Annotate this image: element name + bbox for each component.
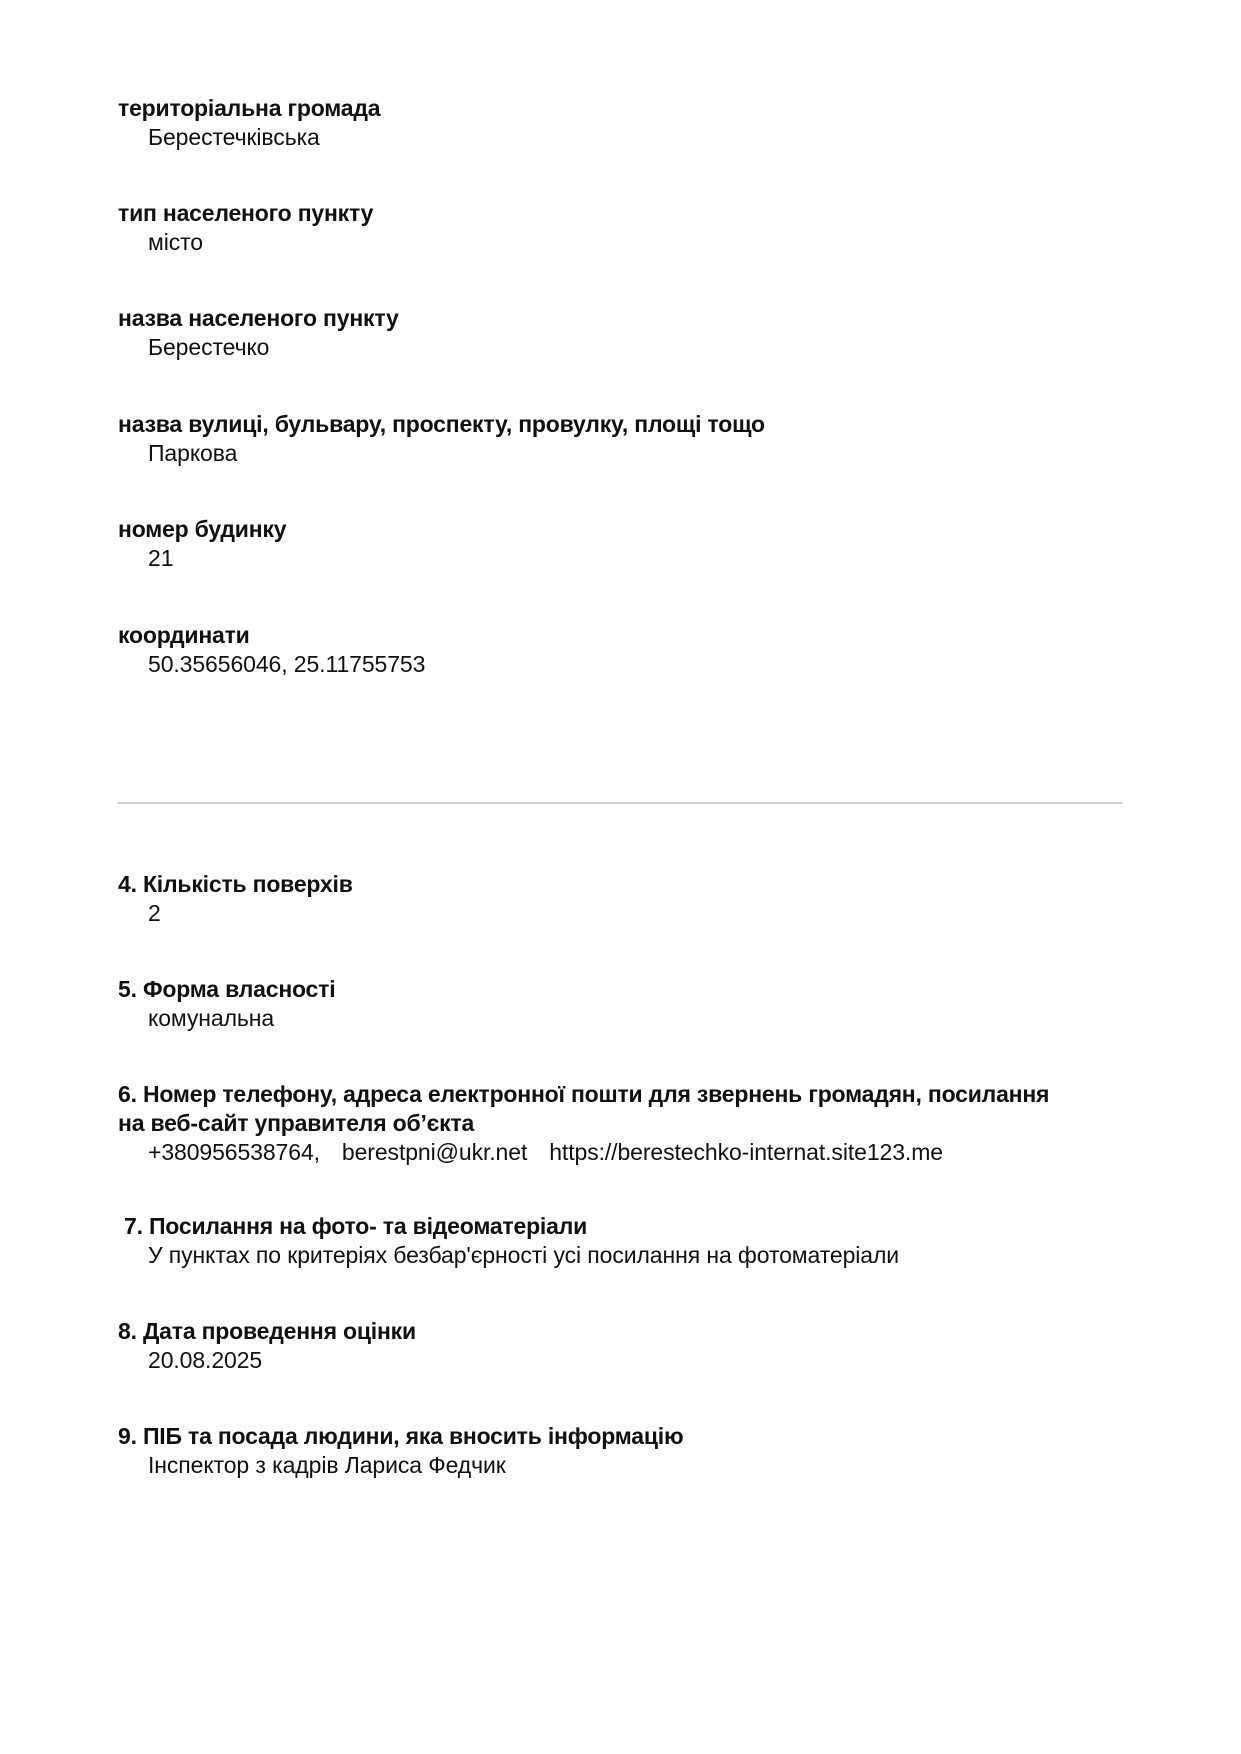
field-value: Паркова: [118, 439, 1128, 468]
field-label: номер будинку: [118, 515, 1128, 544]
field-value: Берестечківська: [118, 123, 1128, 152]
section-label: 5. Форма власності: [118, 975, 1128, 1004]
section-assessment-date: 8. Дата проведення оцінки 20.08.2025: [118, 1317, 1128, 1375]
field-label: координати: [118, 621, 1128, 650]
field-settlement-name: назва населеного пункту Берестечко: [118, 304, 1128, 362]
document-page: територіальна громада Берестечківська ти…: [0, 0, 1241, 1754]
field-coordinates: координати 50.35656046, 25.11755753: [118, 621, 1128, 679]
field-settlement-type: тип населеного пункту місто: [118, 199, 1128, 257]
field-label: назва вулиці, бульвару, проспекту, прову…: [118, 410, 1128, 439]
section-ownership: 5. Форма власності комунальна: [118, 975, 1128, 1033]
contacts-values: +380956538764,berestpni@ukr.nethttps://b…: [118, 1138, 1128, 1167]
field-value: Берестечко: [118, 333, 1128, 362]
field-label: територіальна громада: [118, 94, 1128, 123]
section-value: комунальна: [118, 1004, 1128, 1033]
field-label: тип населеного пункту: [118, 199, 1128, 228]
section-value: 2: [118, 899, 1128, 928]
section-author: 9. ПІБ та посада людини, яка вносить інф…: [118, 1422, 1128, 1480]
field-value: 50.35656046, 25.11755753: [118, 650, 1128, 679]
email-link[interactable]: berestpni@ukr.net: [342, 1139, 527, 1165]
field-value: місто: [118, 228, 1128, 257]
section-contacts: 6. Номер телефону, адреса електронної по…: [118, 1080, 1128, 1167]
section-label-line2: на веб-сайт управителя об’єкта: [118, 1109, 1128, 1138]
website-link[interactable]: https://berestechko-internat.site123.me: [549, 1139, 943, 1165]
section-label-line1: 6. Номер телефону, адреса електронної по…: [118, 1080, 1128, 1109]
section-floors: 4. Кількість поверхів 2: [118, 870, 1128, 928]
field-label: назва населеного пункту: [118, 304, 1128, 333]
phone-number: +380956538764,: [148, 1139, 320, 1165]
field-house-number: номер будинку 21: [118, 515, 1128, 573]
section-label: 8. Дата проведення оцінки: [118, 1317, 1128, 1346]
field-value: 21: [118, 544, 1128, 573]
section-label: 4. Кількість поверхів: [118, 870, 1128, 899]
field-community: територіальна громада Берестечківська: [118, 94, 1128, 152]
section-value: Інспектор з кадрів Лариса Федчик: [118, 1451, 1128, 1480]
section-label: 9. ПІБ та посада людини, яка вносить інф…: [118, 1422, 1128, 1451]
section-value: У пунктах по критеріях безбар'єрності ус…: [124, 1241, 1134, 1270]
section-value: 20.08.2025: [118, 1346, 1128, 1375]
field-street: назва вулиці, бульвару, проспекту, прову…: [118, 410, 1128, 468]
section-divider: [118, 802, 1122, 804]
section-label: 7. Посилання на фото- та відеоматеріали: [124, 1212, 1134, 1241]
section-media: 7. Посилання на фото- та відеоматеріали …: [124, 1212, 1134, 1270]
